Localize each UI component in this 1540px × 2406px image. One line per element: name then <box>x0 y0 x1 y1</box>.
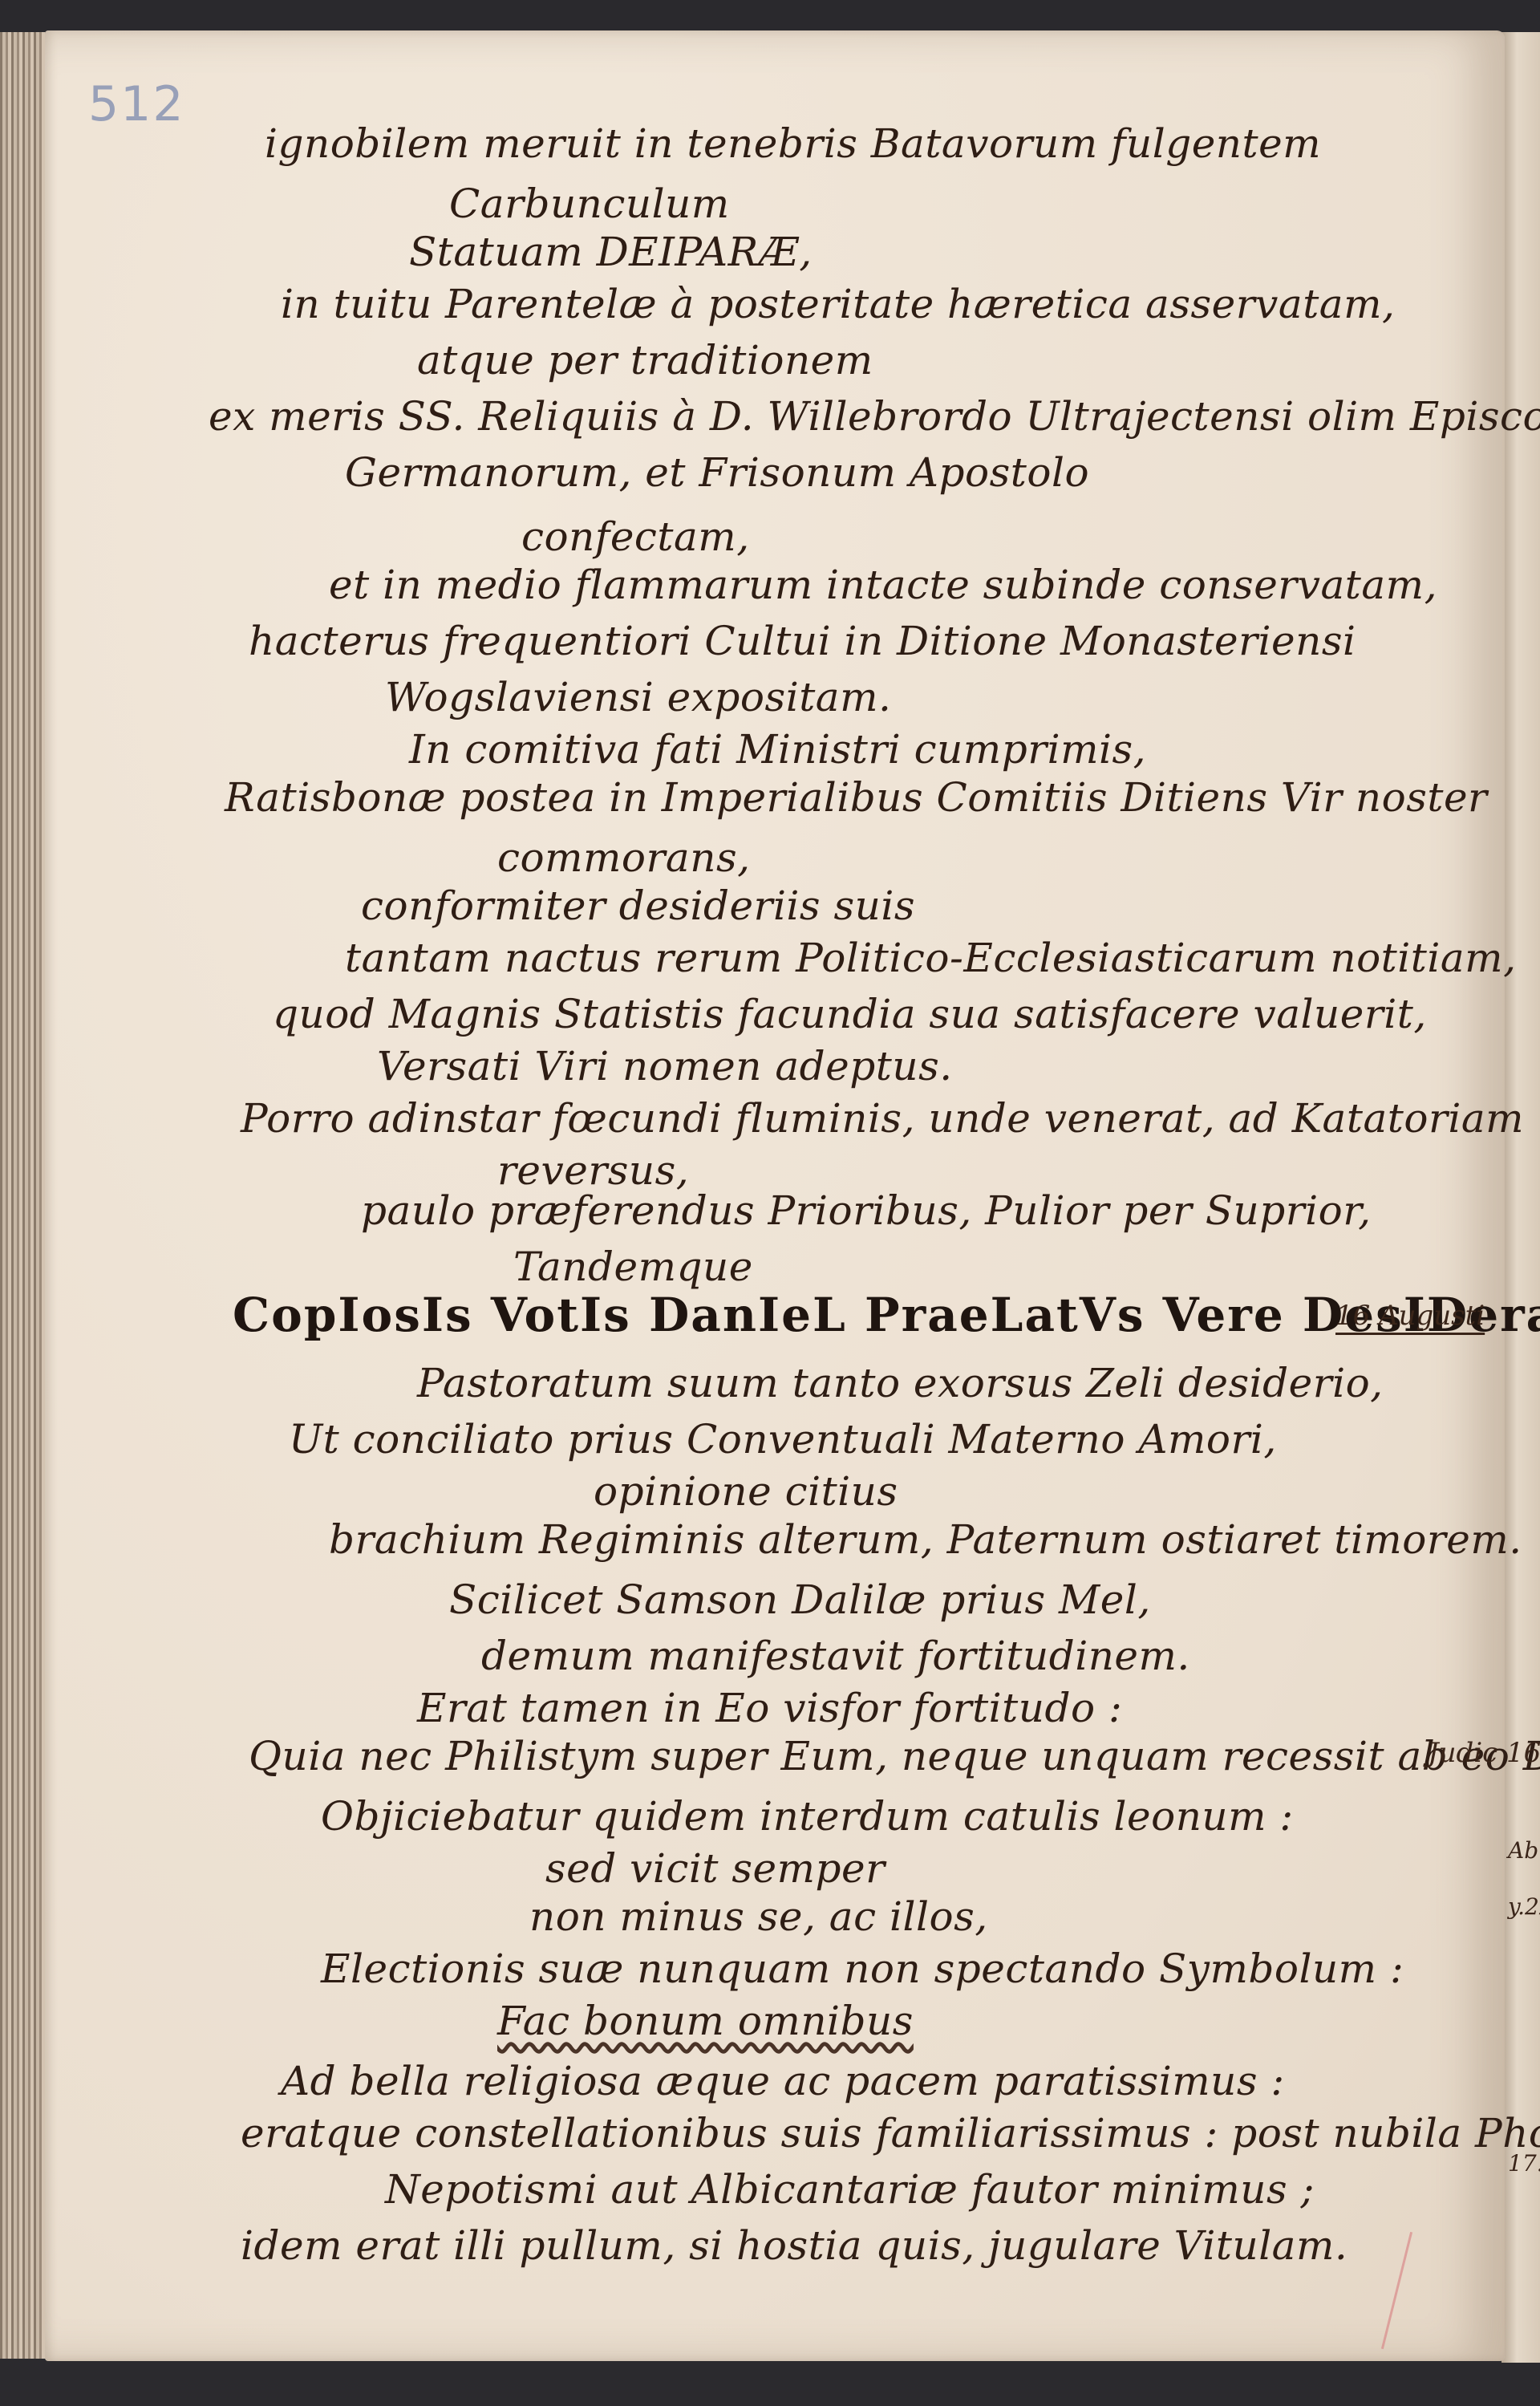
text-line: brachium Regiminis alterum, Paternum ost… <box>329 1516 1522 1563</box>
text-line: tantam nactus rerum Politico-Ecclesiasti… <box>345 935 1516 981</box>
text-line: Electionis suæ nunquam non spectando Sym… <box>321 1945 1404 1992</box>
text-line: idem erat illi pullum, si hostia quis, j… <box>241 2222 1347 2269</box>
text-line: Erat tamen in Eo visfor fortitudo : <box>417 1685 1122 1731</box>
text-line: eratque constellationibus suis familiari… <box>241 2110 1540 2156</box>
margin-note: 16 Augusti <box>1335 1300 1485 1332</box>
text-line: atque per traditionem <box>417 337 873 383</box>
text-line: in tuitu Parentelæ à posteritate hæretic… <box>281 281 1395 327</box>
text-line: Ratisbonæ postea in Imperialibus Comitii… <box>225 774 1487 821</box>
text-line: Nepotismi aut Albicantariæ fautor minimu… <box>385 2166 1315 2213</box>
text-line: Carbunculum <box>449 181 730 227</box>
text-line: sed vicit semper <box>545 1845 885 1892</box>
text-line: ignobilem meruit in tenebris Batavorum f… <box>265 120 1321 167</box>
text-line: Ut conciliato prius Conventuali Materno … <box>289 1416 1277 1463</box>
text-line: opinione citius <box>594 1468 898 1515</box>
text-line: In comitiva fati Ministri cumprimis, <box>409 726 1146 773</box>
page-edges-left <box>0 32 48 2359</box>
text-line: paulo præferendus Prioribus, Pulior per … <box>361 1187 1372 1234</box>
text-line: confectam, <box>521 513 750 560</box>
facing-page-note: 17. <box>1508 2150 1540 2177</box>
text-line: Porro adinstar fœcundi fluminis, unde ve… <box>241 1095 1524 1142</box>
text-line: Statuam DEIPARÆ, <box>409 229 813 275</box>
facing-page-note: Ab 3. <box>1508 1837 1540 1864</box>
facing-page-note: y.22 <box>1508 1893 1540 1920</box>
text-line: Quia nec Philistym super Eum, neque unqu… <box>249 1733 1540 1779</box>
text-line: Versati Viri nomen adeptus. <box>377 1043 953 1089</box>
text-line: et in medio flammarum intacte subinde co… <box>329 562 1437 608</box>
text-line: non minus se, ac illos, <box>529 1893 988 1940</box>
text-line: Pastoratum suum tanto exorsus Zeli desid… <box>417 1360 1384 1406</box>
text-line: Wogslaviensi expositam. <box>385 674 891 720</box>
text-line: ex meris SS. Reliquiis à D. Willebrordo … <box>209 393 1540 440</box>
text-line: quod Magnis Statistis facundia sua satis… <box>273 991 1427 1037</box>
text-line: conformiter desideriis suis <box>361 882 915 929</box>
text-line: commorans, <box>497 834 751 881</box>
text-line: Tandemque <box>513 1244 753 1290</box>
text-line: Ad bella religiosa æque ac pacem paratis… <box>281 2058 1285 2104</box>
text-line: Scilicet Samson Dalilæ prius Mel, <box>449 1576 1151 1623</box>
facing-page-edge <box>1501 32 1540 2363</box>
text-line: hacterus frequentiori Cultui in Ditione … <box>249 618 1356 664</box>
text-line: Fac bonum omnibus <box>497 1998 914 2044</box>
margin-note: Judic 16. <box>1428 1737 1540 1769</box>
text-line: demum manifestavit fortitudinem. <box>481 1633 1190 1679</box>
text-line: Objiciebatur quidem interdum catulis leo… <box>321 1793 1294 1840</box>
text-line: Germanorum, et Frisonum Apostolo <box>345 449 1089 496</box>
folio-number: 512 <box>88 76 185 132</box>
